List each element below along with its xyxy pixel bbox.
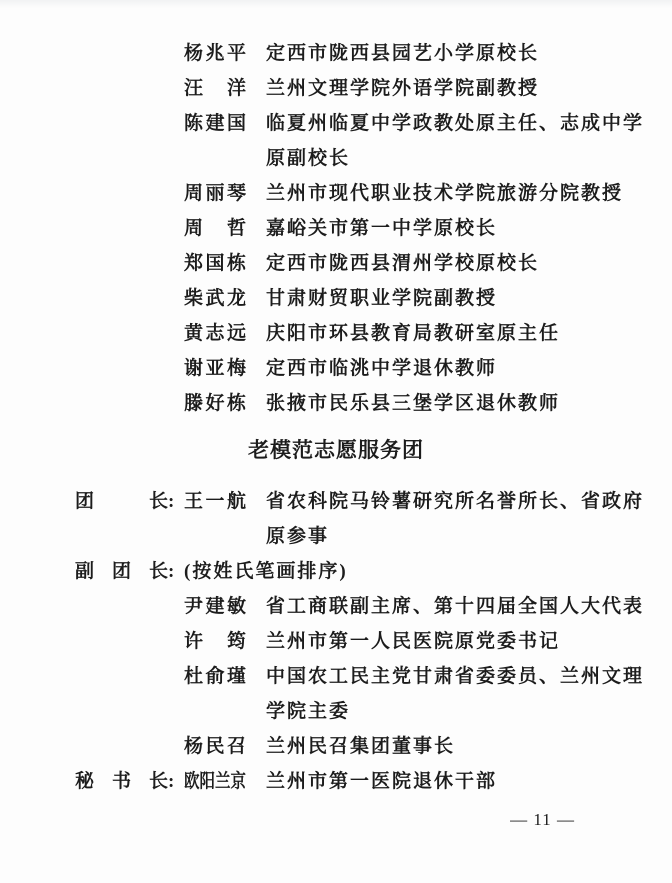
roster-row: 陈建国临夏州临夏中学政教处原主任、志成中学原副校长 bbox=[0, 106, 672, 176]
colon: : bbox=[168, 764, 184, 799]
member-title: 张掖市民乐县三堡学区退休教师 bbox=[266, 386, 646, 421]
member-title: 甘肃财贸职业学院副教授 bbox=[266, 281, 646, 316]
roster-list: 杨兆平定西市陇西县园艺小学原校长 汪洋兰州文理学院外语学院副教授 陈建国临夏州临… bbox=[0, 36, 672, 421]
colon: : bbox=[168, 484, 184, 519]
deputy-sort-note: (按姓氏笔画排序) bbox=[184, 561, 348, 582]
leader-row: 团长:王一航省农科院马铃薯研究所名誉所长、省政府原参事 bbox=[0, 484, 672, 554]
roster-row: 谢亚梅定西市临洮中学退休教师 bbox=[0, 351, 672, 386]
roster-row: 周丽琴兰州市现代职业技术学院旅游分院教授 bbox=[0, 176, 672, 211]
deputy-name: 杜俞瑾 bbox=[184, 659, 246, 694]
member-name: 杨兆平 bbox=[184, 36, 246, 71]
deputy-row: 尹建敏省工商联副主席、第十四届全国人大代表 bbox=[0, 589, 672, 624]
secretary-name: 欧阳兰京 bbox=[184, 764, 235, 799]
deputy-title: 兰州民召集团董事长 bbox=[266, 729, 646, 764]
roster-row: 杨兆平定西市陇西县园艺小学原校长 bbox=[0, 36, 672, 71]
member-name: 柴武龙 bbox=[184, 281, 246, 316]
deputy-label-row: 副团长:(按姓氏笔画排序) bbox=[0, 554, 672, 589]
roster-row: 汪洋兰州文理学院外语学院副教授 bbox=[0, 71, 672, 106]
page-number: — 11 — bbox=[0, 807, 672, 832]
roster-row: 滕好栋张掖市民乐县三堡学区退休教师 bbox=[0, 386, 672, 421]
member-name: 陈建国 bbox=[184, 106, 246, 141]
member-name: 周丽琴 bbox=[184, 176, 246, 211]
member-name: 谢亚梅 bbox=[184, 351, 246, 386]
member-title: 临夏州临夏中学政教处原主任、志成中学原副校长 bbox=[266, 106, 646, 176]
page-top-shade bbox=[0, 0, 672, 8]
member-title: 嘉峪关市第一中学原校长 bbox=[266, 211, 646, 246]
role-label-deputy: 副团长 bbox=[75, 554, 168, 589]
member-title: 庆阳市环县教育局教研室原主任 bbox=[266, 316, 646, 351]
document-page: 杨兆平定西市陇西县园艺小学原校长 汪洋兰州文理学院外语学院副教授 陈建国临夏州临… bbox=[0, 0, 672, 832]
member-title: 兰州文理学院外语学院副教授 bbox=[266, 71, 646, 106]
deputy-list: 尹建敏省工商联副主席、第十四届全国人大代表 许筠兰州市第一人民医院原党委书记 杜… bbox=[0, 589, 672, 764]
deputy-title: 中国农工民主党甘肃省委委员、兰州文理学院主委 bbox=[266, 659, 646, 729]
deputy-title: 兰州市第一人民医院原党委书记 bbox=[266, 624, 646, 659]
member-title: 定西市陇西县园艺小学原校长 bbox=[266, 36, 646, 71]
leader-title: 省农科院马铃薯研究所名誉所长、省政府原参事 bbox=[266, 484, 646, 554]
roster-row: 郑国栋定西市陇西县渭州学校原校长 bbox=[0, 246, 672, 281]
deputy-name: 许筠 bbox=[184, 624, 246, 659]
deputy-row: 杨民召兰州民召集团董事长 bbox=[0, 729, 672, 764]
deputy-title: 省工商联副主席、第十四届全国人大代表 bbox=[266, 589, 646, 624]
deputy-row: 杜俞瑾中国农工民主党甘肃省委委员、兰州文理学院主委 bbox=[0, 659, 672, 729]
member-name: 滕好栋 bbox=[184, 386, 246, 421]
role-label-leader: 团长 bbox=[75, 484, 168, 519]
deputy-name: 尹建敏 bbox=[184, 589, 246, 624]
member-title: 定西市临洮中学退休教师 bbox=[266, 351, 646, 386]
role-label-secretary: 秘书长 bbox=[75, 764, 168, 799]
member-name: 黄志远 bbox=[184, 316, 246, 351]
section-heading: 老模范志愿服务团 bbox=[0, 433, 672, 468]
colon: : bbox=[168, 554, 184, 589]
roster-row: 周哲嘉峪关市第一中学原校长 bbox=[0, 211, 672, 246]
deputy-row: 许筠兰州市第一人民医院原党委书记 bbox=[0, 624, 672, 659]
secretary-row: 秘书长:欧阳兰京兰州市第一医院退休干部 bbox=[0, 764, 672, 799]
roster-row: 黄志远庆阳市环县教育局教研室原主任 bbox=[0, 316, 672, 351]
roster-row: 柴武龙甘肃财贸职业学院副教授 bbox=[0, 281, 672, 316]
member-name: 郑国栋 bbox=[184, 246, 246, 281]
member-name: 周哲 bbox=[184, 211, 246, 246]
secretary-title: 兰州市第一医院退休干部 bbox=[266, 764, 646, 799]
member-title: 定西市陇西县渭州学校原校长 bbox=[266, 246, 646, 281]
leader-name: 王一航 bbox=[184, 484, 246, 519]
deputy-name: 杨民召 bbox=[184, 729, 246, 764]
member-title: 兰州市现代职业技术学院旅游分院教授 bbox=[266, 176, 646, 211]
member-name: 汪洋 bbox=[184, 71, 246, 106]
